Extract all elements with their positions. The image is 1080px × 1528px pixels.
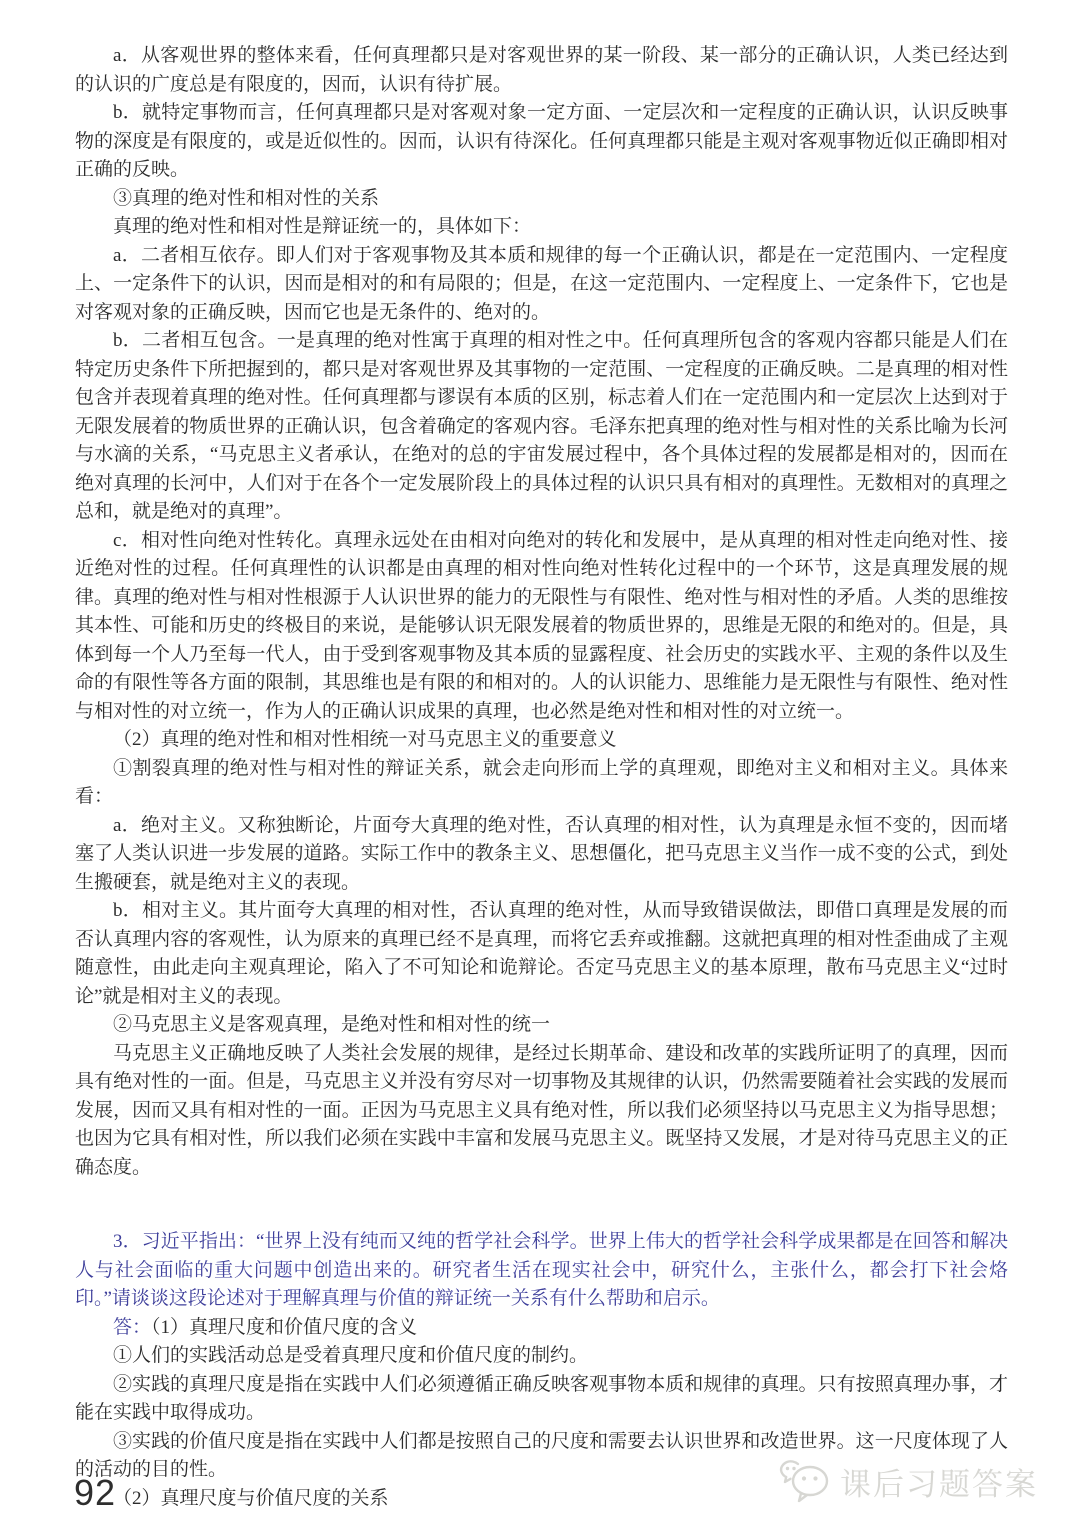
answer-label: 答： (113, 1317, 151, 1338)
point-a-mutual-dependence: a．二者相互依存。即人们对于客观事物及其本质和规律的每一个正确认识，都是在一定范… (75, 242, 1008, 328)
answer-point-2-truth-scale: ②实践的真理尺度是指在实践中人们必须遵循正确反映客观事物本质和规律的真理。只有按… (75, 1371, 1008, 1428)
chat-bubbles-icon (778, 1458, 832, 1504)
point-b-depth-of-knowledge: b．就特定事物而言，任何真理都只是对客观对象一定方面、一定层次和一定程度的正确认… (75, 99, 1008, 185)
page-number: 92 (74, 1472, 116, 1514)
question-3-xi-jinping-quote: 3．习近平指出：“世界上没有纯而又纯的哲学社会科学。世界上伟大的哲学社会科学成果… (75, 1228, 1008, 1314)
point-b-relativism: b．相对主义。其片面夸大真理的相对性，否认真理的绝对性，从而导致错误做法，即借口… (75, 897, 1008, 1011)
point-a-absolutism: a．绝对主义。又称独断论，片面夸大真理的绝对性，否认真理的相对性，认为真理是永恒… (75, 812, 1008, 898)
point-a-breadth-of-knowledge: a．从客观世界的整体来看，任何真理都只是对客观世界的某一阶段、某一部分的正确认识… (75, 42, 1008, 99)
heading-2-significance: （2）真理的绝对性和相对性相统一对马克思主义的重要意义 (75, 726, 1008, 755)
intro-dialectical-unity: 真理的绝对性和相对性是辩证统一的，具体如下： (75, 213, 1008, 242)
point-c-transformation: c．相对性向绝对性转化。真理永远处在由相对向绝对的转化和发展中，是从真理的相对性… (75, 527, 1008, 727)
point-2-marxism-objective-truth: ②马克思主义是客观真理，是绝对性和相对性的统一 (75, 1011, 1008, 1040)
watermark: 课后习题答案 (778, 1458, 1038, 1504)
para-marxism-truth-explained: 马克思主义正确地反映了人类社会发展的规律，是经过长期革命、建设和改革的实践所证明… (75, 1040, 1008, 1183)
watermark-text: 课后习题答案 (840, 1459, 1038, 1504)
heading-3-relationship: ③真理的绝对性和相对性的关系 (75, 185, 1008, 214)
document-body: a．从客观世界的整体来看，任何真理都只是对客观世界的某一阶段、某一部分的正确认识… (75, 42, 1008, 1513)
document-page: a．从客观世界的整体来看，任何真理都只是对客观世界的某一阶段、某一部分的正确认识… (0, 0, 1080, 1528)
answer-heading-1-meaning: 答：（1）真理尺度和价值尺度的含义 (75, 1314, 1008, 1343)
answer-point-1-constraint: ①人们的实践活动总是受着真理尺度和价值尺度的制约。 (75, 1342, 1008, 1371)
point-1-splitting-relation: ①割裂真理的绝对性与相对性的辩证关系，就会走向形而上学的真理观，即绝对主义和相对… (75, 755, 1008, 812)
point-b-mutual-inclusion: b．二者相互包含。一是真理的绝对性寓于真理的相对性之中。任何真理所包含的客观内容… (75, 327, 1008, 527)
